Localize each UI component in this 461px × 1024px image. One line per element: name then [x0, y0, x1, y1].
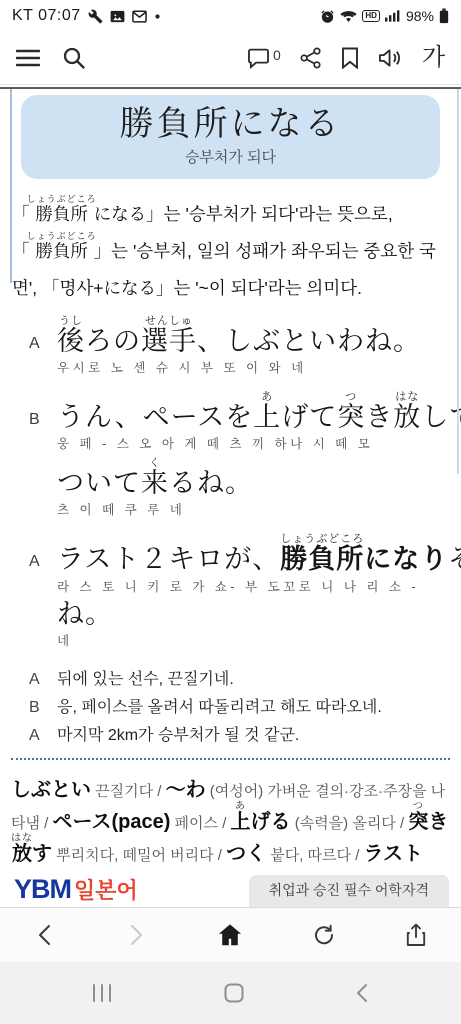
wifi-icon — [340, 9, 357, 23]
pronunciation-line: 웅 페 - 스 오 아 게 떼 츠 끼 하나 시 떼 모 — [57, 434, 461, 452]
publisher-row: YBM 일본어 취업과 승진 필수 어학자격 — [0, 872, 461, 907]
signal-icon — [385, 9, 401, 23]
browser-toolbar: 0 가 — [0, 32, 461, 85]
speaker-label: A — [29, 722, 57, 750]
dialog-row: B うん、ペースを上あげて突つき放はなしても、 웅 페 - 스 오 아 게 떼 … — [29, 391, 450, 523]
home-icon — [217, 923, 243, 947]
share-sheet-button[interactable] — [405, 923, 427, 947]
share-icon — [300, 47, 322, 69]
refresh-icon — [312, 923, 336, 947]
comments-button[interactable]: 0 — [247, 48, 281, 69]
share-sheet-icon — [405, 923, 427, 947]
search-button[interactable] — [62, 46, 86, 70]
promo-banner: 취업과 승진 필수 어학자격 — [249, 875, 449, 907]
page-right-edge — [457, 89, 459, 474]
chevron-left-icon — [34, 923, 56, 947]
translation-row: A 뒤에 있는 선수, 끈질기네. — [29, 666, 450, 694]
back-chevron-icon — [355, 983, 369, 1003]
bookmark-button[interactable] — [341, 47, 359, 69]
speaker-label: B — [29, 694, 57, 722]
lesson-page: 勝負所になる 승부처가 되다 「勝負所しょうぶどころになる」는 '승부처가 되다… — [0, 87, 461, 907]
bookmark-icon — [341, 47, 359, 69]
comment-count: 0 — [273, 48, 281, 62]
ybm-logo-subject: 일본어 — [74, 874, 138, 905]
home-square-icon — [224, 983, 244, 1003]
dialog-row: A 後うしろの選手せんしゅ、しぶといわね。 우시로 노 센 슈 시 부 또 이 … — [29, 315, 450, 381]
translation-text: 응, 페이스를 올려서 따돌리려고 해도 따라오네. — [57, 694, 382, 722]
page-left-edge — [10, 89, 12, 283]
browser-bottom-nav — [0, 907, 461, 962]
ybm-logo: YBM — [14, 874, 71, 905]
japanese-line: ラスト２キロが、勝負所しょうぶどころになりそう — [57, 533, 461, 574]
pronunciation-line: 우시로 노 센 슈 시 부 또 이 와 네 — [57, 358, 421, 376]
refresh-button[interactable] — [312, 923, 336, 947]
lesson-title-box: 勝負所になる 승부처가 되다 — [21, 95, 440, 179]
home-nav-button[interactable] — [224, 983, 244, 1003]
speaker-label: B — [29, 391, 57, 523]
japanese-line: ね。 — [57, 600, 461, 629]
dialog-row: A ラスト２キロが、勝負所しょうぶどころになりそう 라 스 토 니 키 로 가 … — [29, 533, 450, 653]
wrench-icon — [88, 9, 103, 24]
battery-percent: 98% — [406, 8, 434, 24]
comment-bubble-icon — [247, 48, 270, 69]
translation-section: A 뒤에 있는 선수, 끈질기네. B 응, 페이스를 올려서 따돌리려고 해도… — [29, 666, 450, 750]
back-nav-button[interactable] — [355, 983, 369, 1003]
status-bar: KT 07:07 HD 98% — [0, 0, 461, 32]
read-aloud-button[interactable] — [378, 47, 403, 69]
speaker-icon — [378, 47, 403, 69]
pronunciation-line: 라 스 토 니 키 로 가 쇼- 부 도꼬로 니 나 리 소 - — [57, 577, 461, 595]
dialog-section: A 後うしろの選手せんしゅ、しぶといわね。 우시로 노 센 슈 시 부 또 이 … — [29, 315, 450, 654]
recents-button[interactable] — [92, 984, 112, 1002]
pronunciation-line: 츠 이 떼 쿠 루 네 — [57, 500, 461, 518]
hd-icon: HD — [362, 10, 380, 22]
recents-icon — [92, 984, 112, 1002]
share-button[interactable] — [300, 47, 322, 69]
dotted-divider — [11, 758, 450, 760]
gmail-icon — [132, 10, 147, 23]
home-button[interactable] — [217, 923, 243, 947]
speaker-label: A — [29, 315, 57, 381]
translation-row: A 마지막 2km가 승부처가 될 것 같군. — [29, 722, 450, 750]
lesson-description: 「勝負所しょうぶどころになる」는 '승부처가 되다'라는 뜻으로, 「勝負所しょ… — [12, 194, 449, 307]
notification-dot-icon — [154, 13, 161, 20]
android-navigation-bar — [0, 962, 461, 1024]
gallery-icon — [110, 9, 125, 24]
font-size-button[interactable]: 가 — [422, 45, 445, 71]
carrier-time: KT 07:07 — [12, 7, 81, 25]
speaker-label: A — [29, 533, 57, 653]
translation-row: B 응, 페이스를 올려서 따돌리려고 해도 따라오네. — [29, 694, 450, 722]
lesson-title-japanese: 勝負所になる — [21, 104, 440, 144]
battery-icon — [439, 8, 449, 24]
menu-button[interactable] — [16, 49, 40, 67]
search-icon — [62, 46, 86, 70]
back-button[interactable] — [34, 923, 56, 947]
japanese-line: ついて来くるね。 — [57, 457, 461, 498]
chevron-right-icon — [125, 923, 147, 947]
translation-text: 마지막 2km가 승부처가 될 것 같군. — [57, 722, 299, 750]
lesson-title-korean: 승부처가 되다 — [21, 149, 440, 167]
translation-text: 뒤에 있는 선수, 끈질기네. — [57, 666, 234, 694]
alarm-icon — [320, 9, 335, 24]
japanese-line: 後うしろの選手せんしゅ、しぶといわね。 — [57, 315, 421, 356]
japanese-line: うん、ペースを上あげて突つき放はなしても、 — [57, 391, 461, 432]
pronunciation-line: 네 — [57, 631, 461, 649]
forward-button[interactable] — [125, 923, 147, 947]
speaker-label: A — [29, 666, 57, 694]
